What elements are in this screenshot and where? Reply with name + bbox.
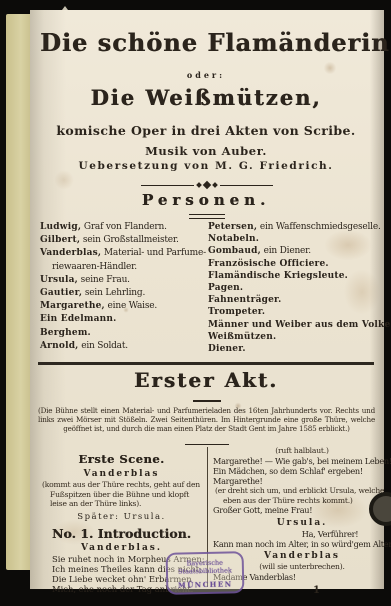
dialogue-line: Großer Gott, meine Frau! bbox=[213, 505, 391, 515]
person-desc: ein Soldat. bbox=[79, 341, 128, 351]
person-entry: Vanderblas, Material- und Parfume- bbox=[40, 247, 200, 260]
person-name: Gombaud, bbox=[208, 246, 261, 256]
person-entry: Gautier, sein Lehrling. bbox=[40, 287, 200, 300]
person-name: Pagen. bbox=[208, 283, 243, 293]
ornament-line bbox=[220, 185, 273, 186]
stage-direction: (er dreht sich um, und erblickt Ursula, … bbox=[213, 486, 391, 505]
person-desc: ein Diener. bbox=[261, 246, 311, 256]
dialogue-line: Margarethe! bbox=[213, 476, 391, 486]
person-entry: Diener. bbox=[208, 343, 391, 355]
person-name: Diener. bbox=[208, 344, 246, 354]
ornament-line bbox=[141, 185, 194, 186]
act-stage-direction: (Die Bühne stellt einen Material- und Pa… bbox=[38, 406, 375, 433]
person-desc: sein Lehrling. bbox=[82, 288, 145, 298]
music-credit: Musik von Auber. bbox=[40, 144, 372, 158]
personen-rule bbox=[189, 214, 225, 219]
ornament-divider bbox=[141, 182, 273, 188]
act-heading: Erster Akt. bbox=[40, 368, 372, 392]
person-entry: Flamändische Kriegsleute. bbox=[208, 270, 391, 282]
speaker-name: Vanderblas. bbox=[40, 543, 203, 553]
dialogue-line: Margarethe! — Wie gab's, bei meinem Lebe… bbox=[213, 456, 391, 466]
person-name: Trompeter. bbox=[208, 307, 265, 317]
person-desc: Graf von Flandern. bbox=[81, 222, 167, 232]
person-name: Margarethe, bbox=[40, 301, 105, 311]
person-entry: Trompeter. bbox=[208, 306, 391, 318]
speaker-name: Ursula. bbox=[213, 518, 391, 528]
speaker-name: Vanderblas bbox=[40, 469, 203, 479]
alt-title-label: oder: bbox=[40, 70, 372, 80]
page-edge-underlay bbox=[6, 14, 33, 570]
person-desc: Material- und Parfume- bbox=[101, 248, 206, 258]
person-entry: Gombaud, ein Diener. bbox=[208, 245, 391, 257]
cast-list: Ludwig, Graf von Flandern. Gilbert, sein… bbox=[40, 221, 372, 355]
person-entry: Gilbert, sein Großstallmeister. bbox=[40, 234, 200, 247]
person-name: Männer und Weiber aus dem Volke. bbox=[208, 320, 391, 330]
person-entry: Ludwig, Graf von Flandern. bbox=[40, 221, 200, 234]
person-entry-continuation: riewaaren-Händler. bbox=[40, 261, 200, 274]
ornament-diamond bbox=[212, 182, 218, 188]
person-name: Ludwig, bbox=[40, 222, 81, 232]
person-name: Petersen, bbox=[208, 222, 257, 232]
ornament-diamond bbox=[196, 182, 202, 188]
person-name: Notabeln. bbox=[208, 234, 259, 244]
musical-number-heading: No. 1. Introduction. bbox=[40, 526, 203, 541]
person-name: Berghem. bbox=[40, 328, 91, 338]
book-scan: Die schöne Flamänderin oder: Die Weißmüt… bbox=[0, 0, 391, 606]
person-entry: Ein Edelmann. bbox=[40, 313, 200, 326]
person-desc: ein Waffenschmiedsgeselle. bbox=[257, 222, 381, 232]
person-name: Fahnenträger. bbox=[208, 295, 281, 305]
person-entry: Weißmützen. bbox=[208, 331, 391, 343]
page-title: Die schöne Flamänderin bbox=[40, 28, 372, 57]
person-entry: Ursula, seine Frau. bbox=[40, 274, 200, 287]
person-entry: Margarethe, eine Waise. bbox=[40, 300, 200, 313]
section-rule bbox=[38, 362, 374, 365]
person-desc: eine Waise. bbox=[105, 301, 157, 311]
person-name: Ein Edelmann. bbox=[40, 314, 116, 324]
person-name: Flamändische Kriegsleute. bbox=[208, 271, 348, 281]
stamp-line: Staatsbibliothek bbox=[168, 566, 242, 576]
person-name: Arnold, bbox=[40, 341, 79, 351]
scene-heading: Erste Scene. bbox=[40, 452, 203, 466]
cast-column-right: Petersen, ein Waffenschmiedsgeselle. Not… bbox=[200, 221, 391, 355]
person-name: Vanderblas, bbox=[40, 248, 101, 258]
later-note: Später: Ursula. bbox=[40, 512, 203, 522]
person-entry: Petersen, ein Waffenschmiedsgeselle. bbox=[208, 221, 391, 233]
dialogue-line: Ein Mädchen, so dem Schlaf' ergeben! bbox=[213, 466, 391, 476]
libretto-page: Die schöne Flamänderin oder: Die Weißmüt… bbox=[30, 10, 384, 589]
personen-heading: Personen. bbox=[40, 191, 372, 209]
dialogue-line: Ha, Verführer! bbox=[213, 529, 391, 539]
library-stamp: Bayerische Staatsbibliothek MÜNCHEN bbox=[166, 551, 245, 595]
person-entry: Arnold, ein Soldat. bbox=[40, 340, 200, 353]
translation-credit: Uebersetzung von M. G. Friedrich. bbox=[40, 160, 372, 172]
person-desc: riewaaren-Händler. bbox=[52, 262, 137, 272]
person-entry: Pagen. bbox=[208, 282, 391, 294]
stage-direction: (kommt aus der Thüre rechts, geht auf de… bbox=[40, 480, 203, 509]
person-name: Weißmützen. bbox=[208, 332, 276, 342]
stage-direction-rule bbox=[185, 444, 229, 445]
cast-column-left: Ludwig, Graf von Flandern. Gilbert, sein… bbox=[40, 221, 200, 355]
person-name: Französische Officiere. bbox=[208, 259, 329, 269]
person-name: Gautier, bbox=[40, 288, 82, 298]
person-name: Gilbert, bbox=[40, 235, 80, 245]
dialogue-line: Kann man noch im Alter, in so würd'gem A… bbox=[213, 539, 391, 549]
person-desc: sein Großstallmeister. bbox=[80, 235, 179, 245]
ornament-diamond bbox=[203, 181, 211, 189]
genre-line: komische Oper in drei Akten von Scribe. bbox=[40, 123, 372, 138]
subtitle: Die Weißmützen, bbox=[40, 85, 372, 110]
stage-direction: (ruft halblaut.) bbox=[213, 446, 391, 456]
person-name: Ursula, bbox=[40, 275, 78, 285]
person-desc: seine Frau. bbox=[78, 275, 130, 285]
person-entry: Notabeln. bbox=[208, 233, 391, 245]
person-entry: Französische Officiere. bbox=[208, 258, 391, 270]
stamp-city: MÜNCHEN bbox=[168, 580, 242, 590]
person-entry: Männer und Weiber aus dem Volke. bbox=[208, 319, 391, 331]
person-entry: Fahnenträger. bbox=[208, 294, 391, 306]
person-entry: Berghem. bbox=[40, 327, 200, 340]
act-rule bbox=[193, 400, 221, 402]
